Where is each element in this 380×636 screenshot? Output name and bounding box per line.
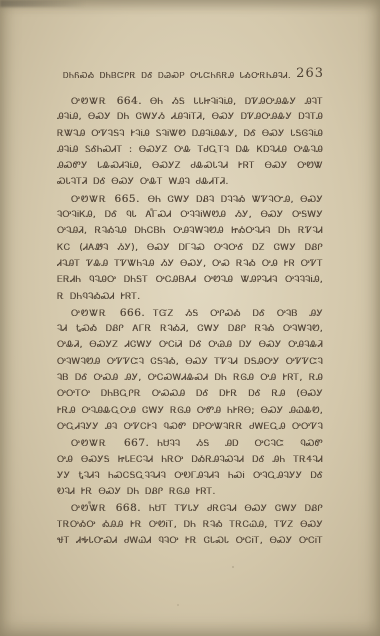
text-line: ᎸᎤᎸᎥᏦᎯ, ᎠᎴ ᏄᏓ ᎪᎱᏍᏗ ᎤᎸᎸᎥᎳᏬᎯ ᏱᎩ, ᎾᏍᎩ ᎤᎦᎳᎩ …: [57, 207, 323, 223]
text-line: ᎩᎩ ᎿᎸᏗᎸ ᏂᏍᏟᎦᏩᎸᎸᏗᎸ ᎤᎧᎱᎯᎸᏗᎸ ᏂᏍᎥ ᎤᎸᏩᎯᎸᎩᎩ ᎠᎴ…: [57, 468, 323, 484]
text-line: ᏠᎢ ᏗᎭᏓᏅᏍᏗ ᏧᎳᏇᏗ ᏄᎸᎤ ᎨᎡ ᏣᏓᏍᏓ ᎤᏟᎥᎢ, ᎾᏍᎩ ᎤᏟᎥ…: [57, 533, 323, 549]
text-line: ᎢᎡᎤᎣᎤ ᎣᎯᎯ ᎨᎡ ᎤᏬᎥᎢ, ᎠᏂ ᎡᎸᎣ ᎢᎡᏟᏇᎯ, ᎢᏤᏃ ᎾᏍᎩ…: [57, 517, 323, 533]
section-664: ᎤᏬᏔᎡ 664.ᎾᏂ ᏱᎦ ᏓᏓᏥᎸᎥᎸᎥᎯ, ᎠᏤᎯᎤᎯᎲᎩ ᎯᎸᎢ ᏓᏫᏓ…: [57, 93, 323, 191]
paper-speck: [232, 566, 234, 568]
section-number: 667.: [124, 437, 149, 449]
text-line: ᎤᎯ ᎾᏍᎩᎦ ᏥᏓᎬᏟᎸᏗ ᏂᎡᎤ ᎠᎣᎡᎯᎸᏍᎸᏗ ᎠᎴ ᎯᏂ ᎢᎡᏎᎸᏗ …: [57, 452, 323, 468]
section-label: ᎤᏬᏔᎡ 668.: [71, 504, 141, 514]
text-line: ᎤᎸᎳᎸᏬᎯ ᎤᏤᏤᏨᎸ ᏣᎦᎸᎣ, ᎾᏍᎩ ᎢᏤᎸᏗ ᎠᎦᎯᎤᎩ ᎤᏤᏤᏨᎸ: [57, 354, 323, 370]
section-number: 664.: [117, 95, 142, 107]
text-line: ᎨᎡᎯ ᎤᎸᎯᎲᏩᎤᎯ ᏣᎳᎩ ᎡᎶᎯ ᎤᏛᎯ ᏂᎨᏒᎾ; ᎾᏍᎩ ᎯᏇᎲᏬ, …: [57, 403, 323, 419]
section-number: 668.: [116, 502, 141, 514]
text-line: ᏦᏟ (ᏗᎪᏪᎸ ᏱᎩ), ᎾᏍᎩ ᎠᎱᎸᏍ ᎤᎸᎤᎴ ᎠᏃ ᏣᎳᎩ ᎠᏰᎵ Ꭴ…: [57, 240, 323, 256]
text-line: ᎤᏬᏔᎡ 664.ᎾᏂ ᏱᎦ ᏓᏓᏥᎸᎥᎸᎥᎯ, ᎠᏤᎯᎤᎯᎲᎩ ᎯᎸᎢ ᏓᏫᏓ…: [57, 93, 323, 109]
text-line: ᎤᏬᏔᎡ 667.ᏂᏌᎸᎸ ᏱᎦ ᎯᎠ ᎤᏟᎸᏨ ᏄᏍᏛ ᎠᏢᎤᎢᎸᎯᎡ ᏧᎳᏂ…: [57, 435, 323, 451]
section-label: ᎤᏬᏔᎡ 666.: [71, 309, 145, 319]
section-number: 666.: [120, 307, 145, 319]
section-label: ᎤᏬᏔᎡ 667.: [71, 439, 149, 449]
section-label: ᎤᏬᏔᎡ 665.: [71, 195, 140, 205]
text-line: ᎸᏴ ᎠᎴ ᎤᏍᎯ ᎯᎩ, ᎤᏟᏍᎳᏗᎲᏍᏗ ᎠᏂ ᎡᎶᎯ ᎤᎯ ᎨᏒᎢ, ᎡᎯ…: [57, 370, 323, 386]
text-line: Ꭱ ᎠᏂᏄᎸᎣᏍᏗ ᎨᏒᎢ.: [57, 289, 323, 305]
section-665: ᎤᏬᏔᎡ 665.ᎾᏂ ᏣᎳᎩ ᎠᏰᎸ ᎠᎸᎸᎣ ᏔᏤᎸᏅᎯ, ᎾᏍᎩ ᏚᎣᏆᎤ…: [57, 191, 323, 305]
text-line: ᏍᏓᎸᎢᏘ ᎠᎴ ᎾᏍᎩ ᎤᎲᎢ ᎳᎯᎸ ᏧᎲᏗᎢᏘ.: [57, 174, 323, 190]
section-668: ᎤᏬᏔᎡ 668.ᏂᏌᎢ ᎢᏤᏓᎩ ᏧᎡᏣᎸᏗ ᎾᏍᎩ ᏣᎳᎩ ᎠᏰᎵ ᏚᏤᎦᎸ…: [57, 500, 323, 549]
text-line: ᎡᏔᎸᎯ ᎤᏤᎸᎦᎸ ᎨᎸᎥᎯ ᏚᎸᎥᏔᏬ ᎠᎯᎸᎥᎯᎲᎩ, ᎠᎴ ᎾᏍᎩ ᏓᎦ…: [57, 126, 323, 142]
text-line: ᎬᎡᏗᏂ ᏄᎸᎯᎤ ᎠᏂᎦᎢ ᎤᏟᎯᏴᎪᏗ ᎤᏬᎸᎯ ᏔᎯᎮᎸᏗᎸ ᎤᎸᎸᎸᎥᎯ…: [57, 272, 323, 288]
text-line: ᎤᏬᏔᎡ 668.ᏂᏌᎢ ᎢᏤᏓᎩ ᏧᎡᏣᎸᏗ ᎾᏍᎩ ᏣᎳᎩ ᎠᏰᎵ ᏚᏤᎦᎸ…: [57, 500, 323, 516]
text-line: ᎤᎤᎢᎤ ᎠᏂᏴᏩᎵᎡ ᎤᏍᏍᎯ ᎠᎴ ᎠᎨᎡ ᎠᎴ ᎡᎯ (ᎾᏍᎩ ᎯᏂᏍᎪᏩ…: [57, 386, 323, 402]
text-line: ᎯᎸᎥᎯ, ᎾᏍᎩ ᎠᏂ ᏣᎳᎩᏱ ᏗᎯᎸᎥᎢᏘ, ᎾᏍᎩ ᎠᏤᎯᎤᎯᎲᎩ ᎠᎸ…: [57, 109, 323, 125]
text-line: ᎯᎸᎥᎯ ᏚᎴᏂᏍᏗᎢ : ᎾᏍᎩᏃ ᎤᎲ ᎢᏧᏩᎢᎸ ᎠᎲ ᏦᎠᎸᏗᎯ ᎤᎲᎸ…: [57, 142, 323, 158]
scan-smudge: [0, 0, 86, 7]
text-line: ᎧᎸᏗ ᎨᎡ ᎾᏍᎩ ᎠᏂ ᎠᏰᎵ ᎡᎶᎯ ᎨᏒᎢ.: [57, 484, 323, 500]
page-number: 263: [296, 66, 324, 81]
section-666: ᎤᏬᏔᎡ 666.ᎢᏳᏃ ᏱᎦ ᎤᎵᏍᎣ ᎠᎴ ᎤᎸᏴ ᎯᎩ ᎠᏂᏟᏴᏂ ᎠᎴ …: [57, 305, 323, 435]
section-label: ᎤᏬᏔᎡ 664.: [71, 97, 142, 107]
text-line: ᎤᎸᎯᏘ, ᎡᎸᎣᎸᎯ ᎠᏂᏟᏴᏂ ᎤᎯᎸᎳᎸᏬᎯ ᏥᎣᎤᎸᏗᎸ ᎠᏂ ᎡᏤᎸᏗ: [57, 223, 323, 239]
text-line: ᎤᏬᏔᎡ 666.ᎢᏳᏃ ᏱᎦ ᎤᎵᏍᎣ ᎠᎴ ᎤᎸᏴ ᎯᎩ ᎠᏂᏟᏴᏂ ᎠᎴ …: [57, 305, 323, 321]
paper-speck: [177, 604, 179, 606]
running-header: ᎠᏂᏲᏍᎣ ᎠᏂᏴᏨᎵᎡ ᎠᎴ ᎠᏊᏍᏢ ᎤᏓᏨᏂᏲᎡᎯ ᏓᎣᎤᎡᏂᎯᎸᏗ.: [57, 71, 297, 81]
text-line: ᎤᎲᏘ, ᎾᏍᎩᏃ ᏗᏣᎳᎩ ᎤᏟᎥᏘ ᎠᎴ ᎤᏊᎯ ᎠᎩ ᎾᏍᎩ ᎤᎯᎸᎲᏘ: [57, 337, 323, 353]
text-line: ᏗᎸᎯᎢ ᏤᎲᎯ ᎢᏤᏔᏂᎸᎯ ᏱᎩ ᎾᏍᎩ, ᎤᏍ ᎡᎸᎣ ᎤᎯ ᎨᏒ ᎤᏤᎢ…: [57, 256, 323, 272]
text-line: ᎤᏬᏔᎡ 665.ᎾᏂ ᏣᎳᎩ ᎠᏰᎸ ᎠᎸᎸᎣ ᏔᏤᎸᏅᎯ, ᎾᏍᎩ ᏚᎣᏆᎤ…: [57, 191, 323, 207]
section-number: 665.: [114, 193, 139, 205]
page-body: ᎤᏬᏔᎡ 664.ᎾᏂ ᏱᎦ ᏓᏓᏥᎸᎥᎸᎥᎯ, ᎠᏤᎯᎤᎯᎲᎩ ᎯᎸᎢ ᏓᏫᏓ…: [57, 93, 323, 549]
section-667: ᎤᏬᏔᎡ 667.ᏂᏌᎸᎸ ᏱᎦ ᎯᎠ ᎤᏟᎸᏨ ᏄᏍᏛ ᎠᏢᎤᎢᎸᎯᎡ ᏧᎳᏂ…: [57, 435, 323, 500]
text-line: ᎸᏗ ᎿᏍᎣ ᎠᏰᎵ ᎪᎱᎡ ᎡᎸᎣᏘ, ᏣᎳᎩ ᎠᏰᎵ ᎡᎸᎣ ᎤᎸᎳᎸᏬ, …: [57, 321, 323, 337]
scanned-book-page: { "page": { "number": "263", "header": "…: [0, 0, 380, 636]
text-line: ᎯᏍᏛᎩ ᏓᎲᏍᏗᎸᎥᎯ, ᎾᏍᎩᏃ ᏧᎲᏍᏓᎸᏗ ᎨᏒᎢ ᎾᏍᎩ ᎤᏬᏔ ᎠᏍ…: [57, 158, 323, 174]
text-line: ᎤᏩᏗᎸᎩᎩ ᎯᎸ ᎤᏤᏟᎨᎸ ᏄᏍᏛ ᎠᏢᎤᏔᎸᎡᎡ ᏧᎳᎬᏩᎯ ᎤᎤᏤᎸ Ꮄ…: [57, 419, 323, 435]
